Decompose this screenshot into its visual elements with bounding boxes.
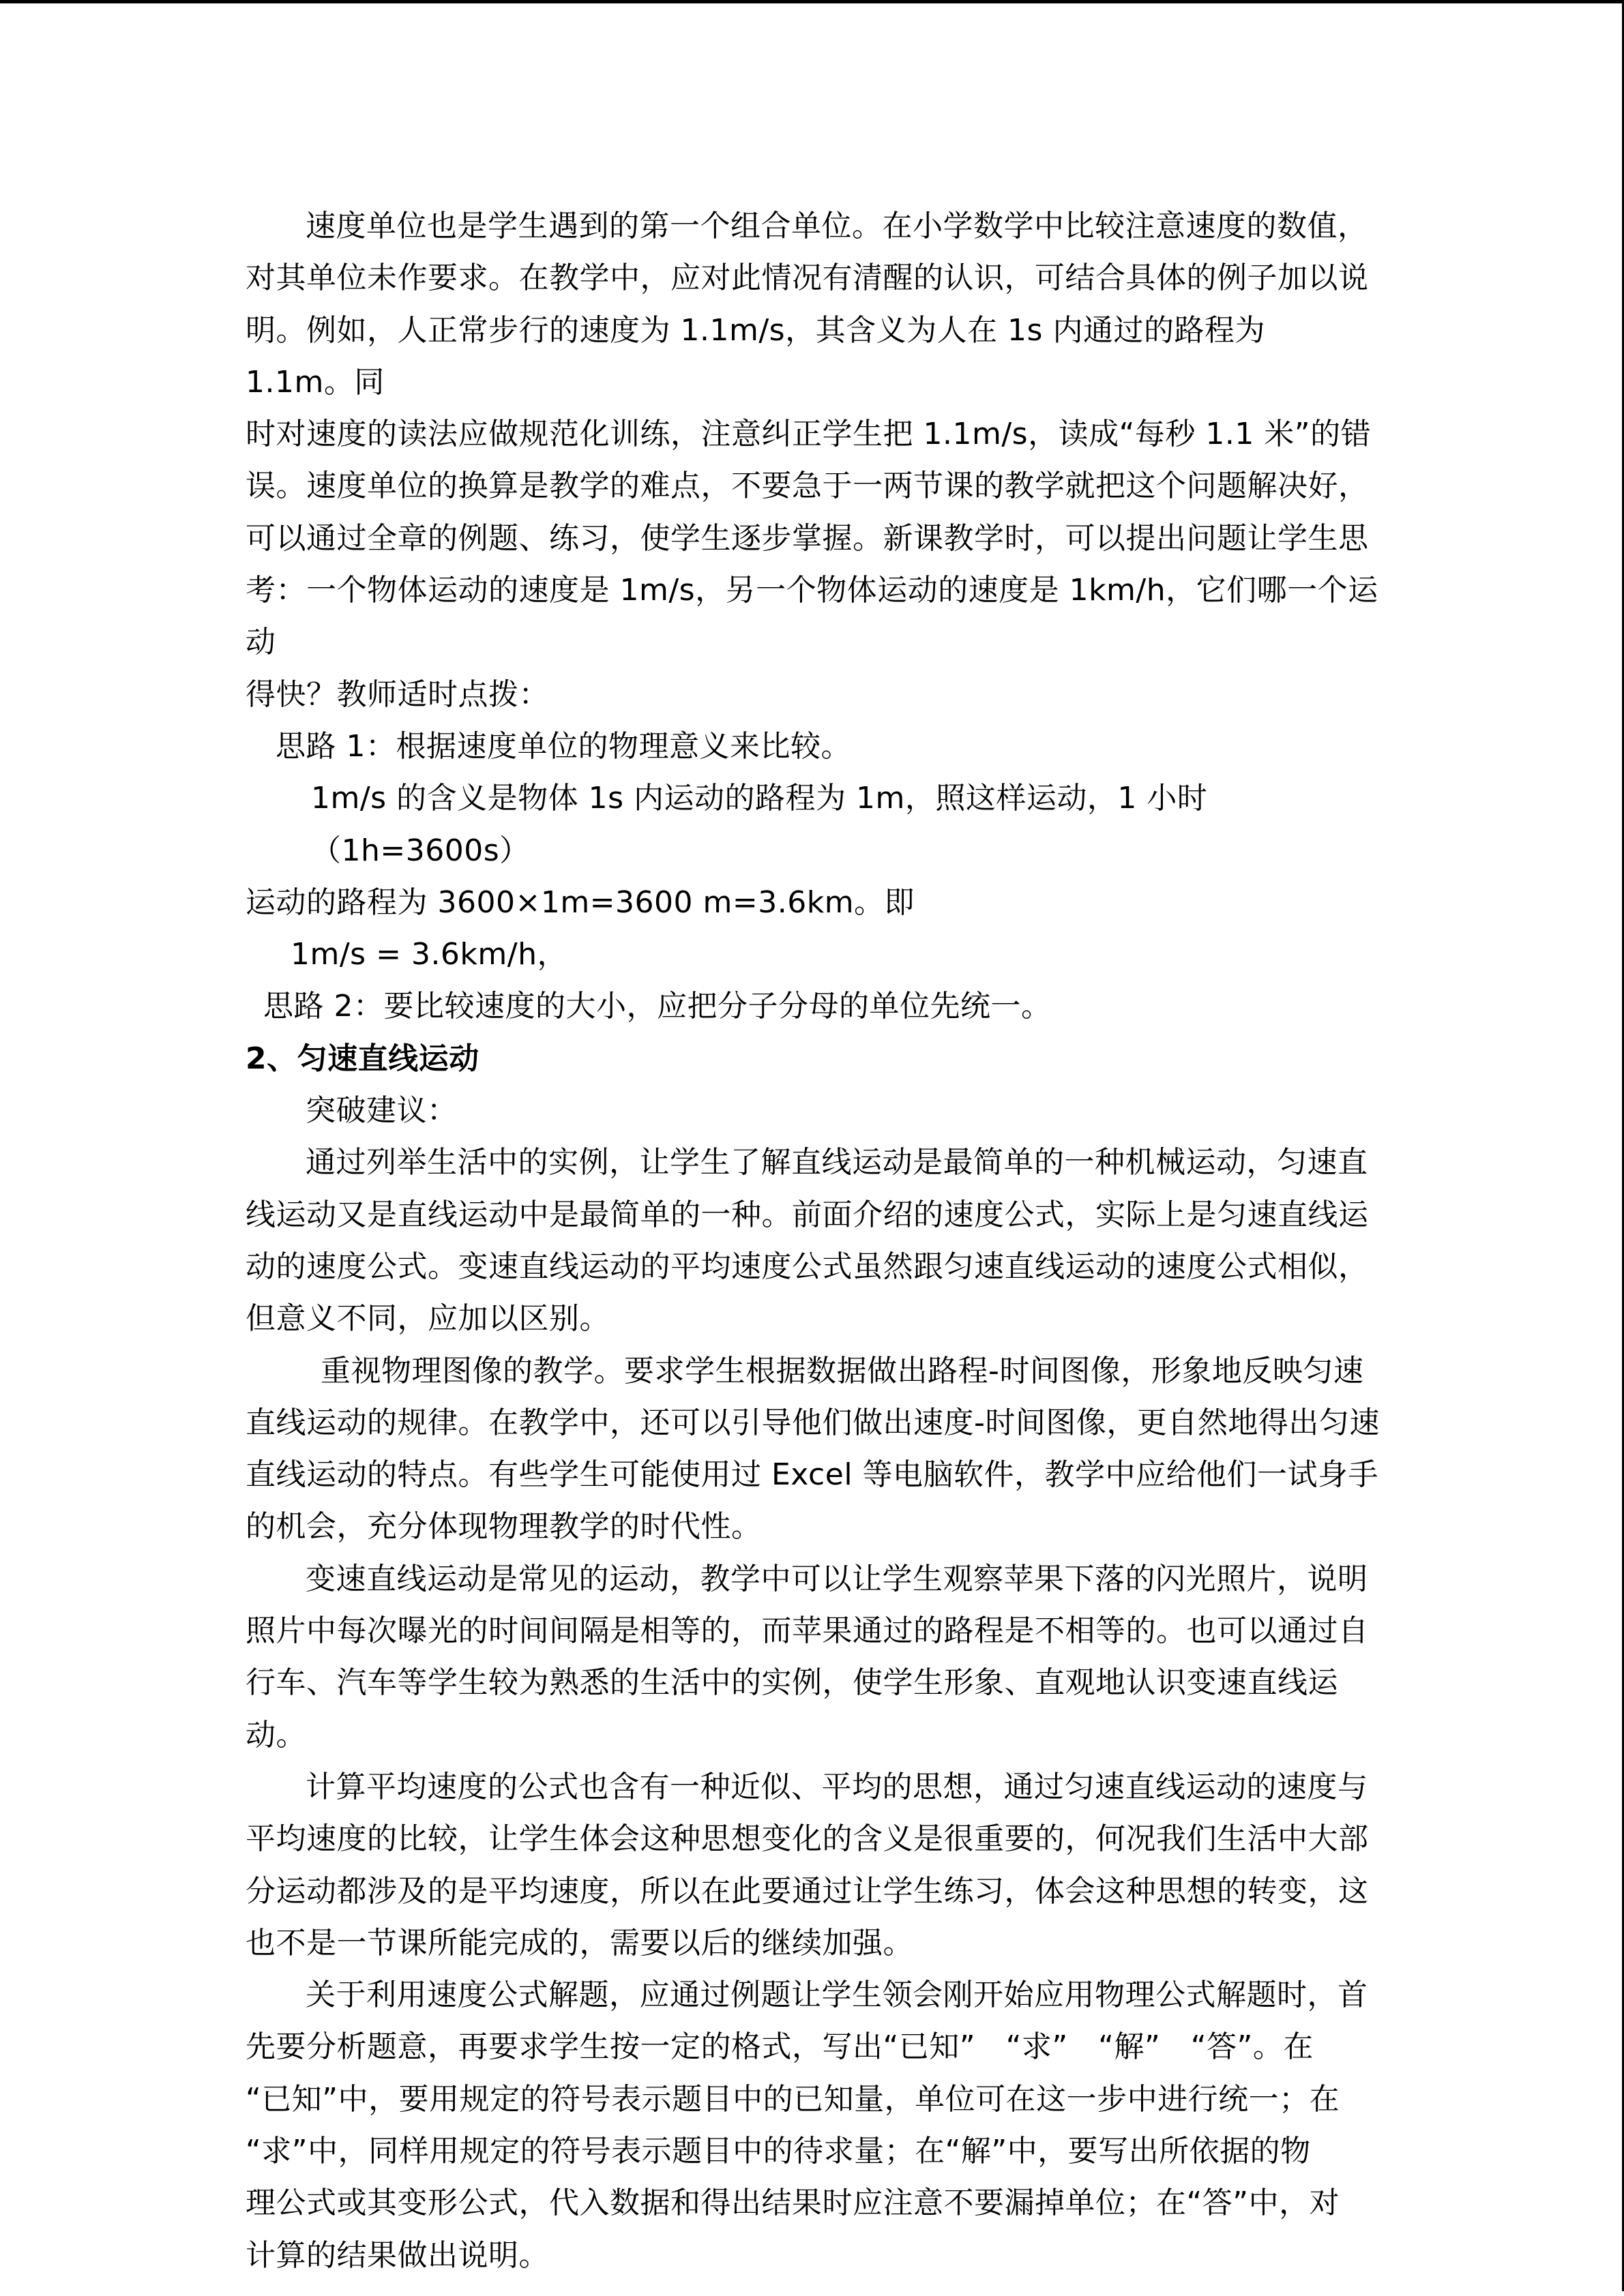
text-line: 对其单位未作要求。在教学中，应对此情况有清醒的认识，可结合具体的例子加以说 [246, 252, 1381, 304]
text-line: 直线运动的规律。在教学中，还可以引导他们做出速度-时间图像，更自然地得出匀速 [246, 1397, 1381, 1449]
text-line: 但意义不同，应加以区别。 [246, 1293, 1381, 1345]
document-page: 速度单位也是学生遇到的第一个组合单位。在小学数学中比较注意速度的数值，对其单位未… [0, 0, 1624, 2296]
text-line: 理公式或其变形公式，代入数据和得出结果时应注意不要漏掉单位；在“答”中，对 [246, 2177, 1381, 2229]
text-line: 直线运动的特点。有些学生可能使用过 Excel 等电脑软件，教学中应给他们一试身… [246, 1449, 1381, 1501]
text-line: 得快？教师适时点拨： [246, 669, 1381, 721]
text-line: 照片中每次曝光的时间间隔是相等的，而苹果通过的路程是不相等的。也可以通过自 [246, 1605, 1381, 1657]
text-line: 1m/s = 3.6km/h， [246, 929, 1381, 981]
text-line: 变速直线运动是常见的运动，教学中可以让学生观察苹果下落的闪光照片，说明 [246, 1553, 1381, 1605]
text-line: 行车、汽车等学生较为熟悉的生活中的实例，使学生形象、直观地认识变速直线运动。 [246, 1657, 1381, 1761]
text-line: 思路 2：要比较速度的大小，应把分子分母的单位先统一。 [246, 981, 1381, 1032]
scan-edge-top [0, 0, 1624, 3]
text-line: 计算平均速度的公式也含有一种近似、平均的思想，通过匀速直线运动的速度与 [246, 1761, 1381, 1813]
text-line: 时对速度的读法应做规范化训练，注意纠正学生把 1.1m/s，读成“每秒 1.1 … [246, 408, 1381, 460]
text-line: 考：一个物体运动的速度是 1m/s，另一个物体运动的速度是 1km/h，它们哪一… [246, 565, 1381, 669]
text-line: 明。例如，人正常步行的速度为 1.1m/s，其含义为人在 1s 内通过的路程为 … [246, 305, 1381, 409]
section-heading: 2、匀速直线运动 [246, 1033, 1381, 1085]
text-line: 运动的路程为 3600×1m=3600 m=3.6km。即 [246, 877, 1381, 929]
document-body: 速度单位也是学生遇到的第一个组合单位。在小学数学中比较注意速度的数值，对其单位未… [246, 200, 1381, 2282]
text-line: 通过列举生活中的实例，让学生了解直线运动是最简单的一种机械运动，匀速直 [246, 1137, 1381, 1189]
text-line: 也不是一节课所能完成的，需要以后的继续加强。 [246, 1918, 1381, 1969]
text-line: 的机会，充分体现物理教学的时代性。 [246, 1501, 1381, 1553]
text-line: 动的速度公式。变速直线运动的平均速度公式虽然跟匀速直线运动的速度公式相似， [246, 1241, 1381, 1293]
text-line: 可以通过全章的例题、练习，使学生逐步掌握。新课教学时，可以提出问题让学生思 [246, 513, 1381, 565]
text-line: “已知”中，要用规定的符号表示题目中的已知量，单位可在这一步中进行统一；在 [246, 2074, 1381, 2126]
text-line: 平均速度的比较，让学生体会这种思想变化的含义是很重要的，何况我们生活中大部 [246, 1813, 1381, 1865]
text-line: 重视物理图像的教学。要求学生根据数据做出路程-时间图像，形象地反映匀速 [246, 1345, 1381, 1397]
text-line: 线运动又是直线运动中是最简单的一种。前面介绍的速度公式，实际上是匀速直线运 [246, 1189, 1381, 1241]
text-line: 计算的结果做出说明。 [246, 2230, 1381, 2282]
text-line: 分运动都涉及的是平均速度，所以在此要通过让学生练习，体会这种思想的转变，这 [246, 1866, 1381, 1918]
text-line: 1m/s 的含义是物体 1s 内运动的路程为 1m，照这样运动，1 小时（1h=… [246, 773, 1381, 877]
text-line: 速度单位也是学生遇到的第一个组合单位。在小学数学中比较注意速度的数值， [246, 200, 1381, 252]
text-line: 误。速度单位的换算是教学的难点，不要急于一两节课的教学就把这个问题解决好， [246, 460, 1381, 512]
text-line: 先要分析题意，再要求学生按一定的格式，写出“已知” “求” “解” “答”。在 [246, 2021, 1381, 2073]
text-line: “求”中，同样用规定的符号表示题目中的待求量；在“解”中，要写出所依据的物 [246, 2126, 1381, 2177]
text-line: 关于利用速度公式解题，应通过例题让学生领会刚开始应用物理公式解题时，首 [246, 1969, 1381, 2021]
text-line: 思路 1：根据速度单位的物理意义来比较。 [246, 721, 1381, 773]
text-line: 突破建议： [246, 1085, 1381, 1137]
